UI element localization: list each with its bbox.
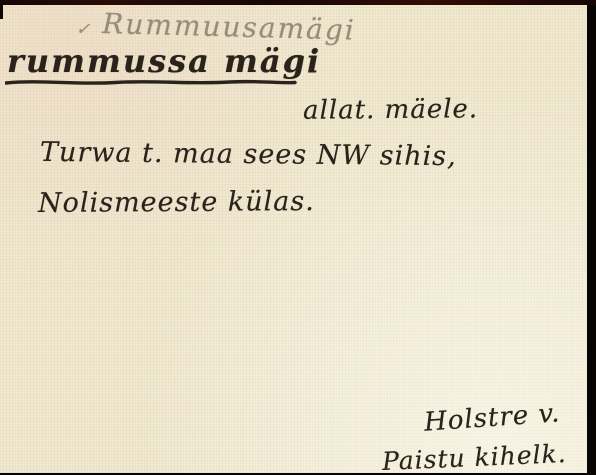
underline-stroke xyxy=(5,78,297,88)
text-line-village: Nolismeeste külas. xyxy=(38,188,315,217)
scan-edge-notch xyxy=(0,5,3,19)
pencil-check-mark: ✓ xyxy=(76,21,93,38)
pencil-annotation: ✓Rummuusamägi xyxy=(76,9,356,44)
signature-municipality: Holstre v. xyxy=(423,400,561,435)
text-line-allative: allat. mäele. xyxy=(303,96,478,124)
signature-parish: Paistu kihelk. xyxy=(382,441,568,474)
text-line-location: Turwa t. maa sees NW sihis, xyxy=(40,139,457,170)
scan-background: ✓Rummuusamägi rummussa mägi allat. mäele… xyxy=(0,0,596,475)
index-card: ✓Rummuusamägi rummussa mägi allat. mäele… xyxy=(0,5,587,473)
title-line: rummussa mägi xyxy=(7,45,321,77)
place-name-title: rummussa mägi xyxy=(7,45,321,77)
pencil-annotation-text: Rummuusamägi xyxy=(102,7,356,47)
